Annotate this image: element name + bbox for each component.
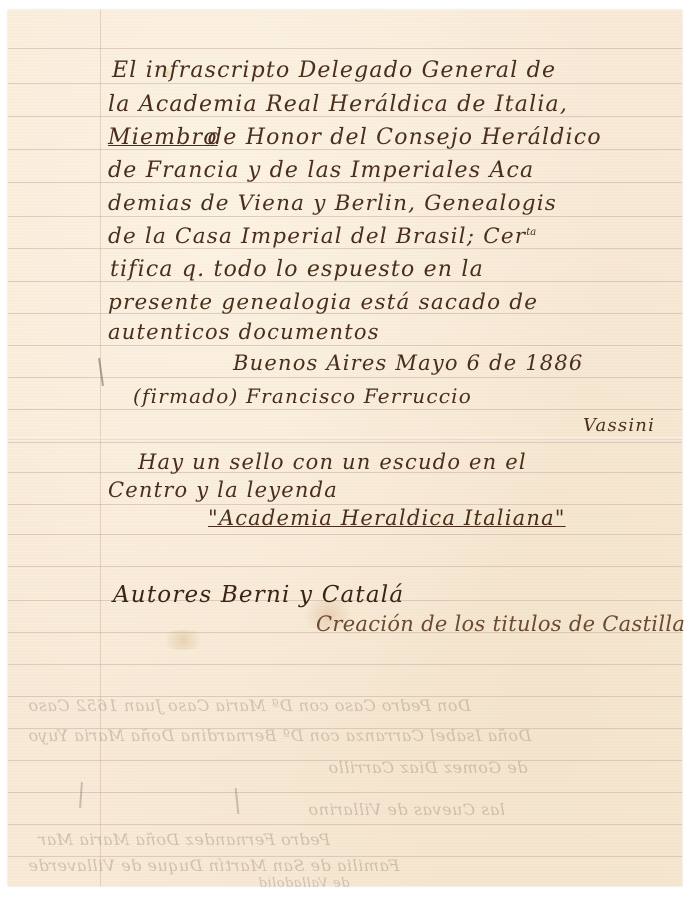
text-line: Hay un sello con un escudo en el bbox=[138, 452, 527, 473]
date-line: Buenos Aires Mayo 6 de 1886 bbox=[233, 353, 583, 374]
ruled-line bbox=[8, 442, 682, 443]
text-line: autenticos documentos bbox=[108, 322, 380, 343]
paper-fold bbox=[8, 437, 682, 440]
ruled-line bbox=[8, 83, 682, 84]
text-line: demias de Viena y Berlin, Genealogis bbox=[108, 193, 557, 215]
signature-line: (firmado) Francisco Ferruccio bbox=[133, 386, 472, 406]
text-line-underlined: Miembro bbox=[108, 127, 218, 149]
ruled-line bbox=[8, 409, 682, 410]
title-reference-line: Creación de los titulos de Castilla bbox=[316, 614, 685, 635]
text-line: presente genealogia está sacado de bbox=[108, 292, 538, 314]
text-line: El infrascripto Delegado General de bbox=[112, 60, 556, 82]
ruled-line bbox=[8, 534, 682, 535]
signature-surname: Vassini bbox=[583, 417, 655, 435]
bleed-through-text: las Cuevas de Villarino bbox=[308, 800, 505, 819]
ruled-line bbox=[8, 792, 682, 793]
paper-sheet: Don Pedro Caso con Dª Maria Caso Juan 16… bbox=[8, 10, 682, 886]
ruled-line bbox=[8, 824, 682, 825]
ruled-line bbox=[8, 566, 682, 567]
text-line: de Honor del Consejo Heráldico bbox=[208, 127, 602, 149]
ruled-line bbox=[8, 377, 682, 378]
text-line: de Francia y de las Imperiales Aca bbox=[108, 160, 534, 182]
ruled-line bbox=[8, 664, 682, 665]
ruled-line bbox=[8, 48, 682, 49]
bleed-through-text: de Gomez Diaz Carrillo bbox=[328, 758, 527, 777]
bleed-through-text: Pedro Fernandez Doña Maria Mar bbox=[38, 830, 330, 849]
text-line: tifica q. todo lo espuesto en la bbox=[110, 259, 484, 281]
pencil-mark bbox=[98, 358, 104, 386]
text-line: Centro y la leyenda bbox=[108, 480, 338, 501]
superscript: ta bbox=[526, 227, 536, 238]
bleed-through-text: de Valladolid bbox=[258, 876, 349, 891]
bleed-through-text: Don Pedro Caso con Dª Maria Caso Juan 16… bbox=[28, 696, 471, 715]
seal-legend: "Academia Heraldica Italiana" bbox=[208, 508, 566, 529]
bleed-through-text: Familia de San Martín Duque de Villaverd… bbox=[28, 856, 399, 875]
margin-line bbox=[100, 10, 101, 886]
pencil-mark bbox=[79, 782, 83, 808]
text-line: de la Casa Imperial del Brasil; Certa bbox=[108, 226, 536, 248]
water-stain bbox=[158, 630, 208, 650]
ruled-line bbox=[8, 504, 682, 505]
text-span: de la Casa Imperial del Brasil; Cer bbox=[108, 224, 526, 249]
ruled-line bbox=[8, 216, 682, 217]
ruled-line bbox=[8, 345, 682, 346]
bleed-through-text: Doña Isabel Carranza con Dª Bernardina D… bbox=[28, 726, 531, 745]
authors-line: Autores Berni y Catalá bbox=[113, 584, 404, 607]
text-line: la Academia Real Heráldica de Italia, bbox=[108, 94, 568, 116]
